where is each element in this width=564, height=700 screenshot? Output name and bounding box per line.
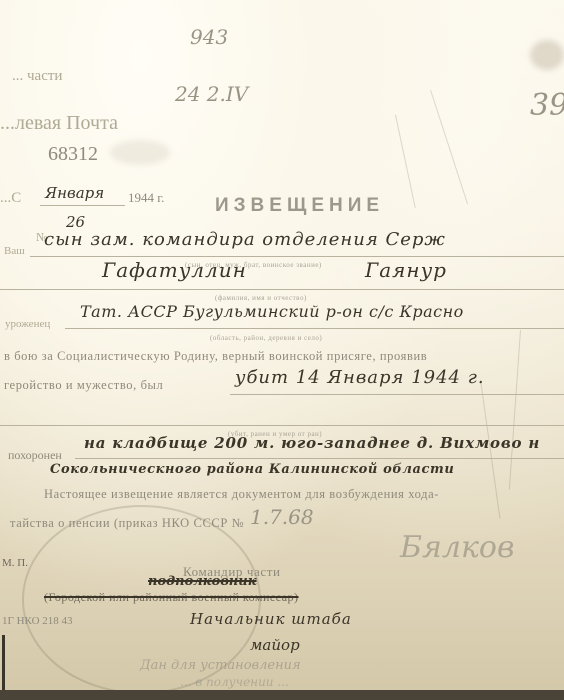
date-prefix: ...С bbox=[0, 190, 21, 207]
pencil-note-bottom-1: Дан для установления bbox=[140, 658, 301, 673]
buried-label: похоронен bbox=[8, 448, 62, 463]
surname: Гафатуллин bbox=[102, 258, 247, 282]
notice-line-1: Настоящее извещение является документом … bbox=[44, 487, 439, 502]
fate: убит 14 Января 1944 г. bbox=[235, 367, 485, 388]
name-rule bbox=[0, 289, 564, 290]
pencil-number-right: 39 bbox=[530, 88, 564, 123]
pencil-stroke bbox=[395, 115, 416, 208]
unit-line: ... части bbox=[12, 68, 62, 85]
commissar-struck: (Городской или районный военный комиссар… bbox=[44, 590, 299, 605]
burial-line-1: на кладбище 200 м. юго-западнее д. Вихмо… bbox=[84, 434, 540, 452]
burial-line-2: Сокольническного района Калининской обла… bbox=[50, 462, 454, 477]
pencil-marks-mid: 1.7.68 bbox=[250, 505, 314, 529]
field-post-label: ...левая Почта bbox=[0, 112, 118, 135]
pencil-signature: Бялков bbox=[400, 530, 514, 565]
field-post-number: 68312 bbox=[48, 143, 98, 166]
pencil-stroke bbox=[509, 330, 521, 490]
stain bbox=[110, 140, 170, 165]
stain bbox=[530, 40, 564, 70]
pencil-note-bottom-2: ... в получении ... bbox=[180, 675, 289, 689]
name-caption: (фамилия, имя и отчество) bbox=[215, 294, 307, 302]
body-line-1: в бою за Социалистическую Родину, верный… bbox=[4, 349, 427, 364]
pencil-stroke bbox=[430, 90, 468, 204]
first-name: Гаянур bbox=[365, 258, 447, 282]
date-year: 1944 г. bbox=[128, 190, 164, 206]
order-ref: 1Г НКО 218 43 bbox=[2, 615, 73, 627]
fate-rule bbox=[230, 394, 564, 395]
edge-mark bbox=[2, 635, 5, 690]
chief-of-staff: Начальник штаба bbox=[190, 610, 352, 628]
document-page: 943 24 2.IV 39 ... части ...левая Почта … bbox=[0, 0, 564, 700]
date-month: Января bbox=[45, 184, 104, 202]
chief-rank: майор bbox=[250, 636, 300, 654]
commander-struck: подполковник bbox=[148, 574, 257, 589]
blank-rule bbox=[0, 425, 564, 426]
scan-edge bbox=[0, 690, 564, 700]
origin: Тат. АССР Бугульминский р-он с/с Красно bbox=[80, 302, 464, 321]
burial-rule bbox=[75, 458, 564, 459]
addressee-label: Ваш bbox=[4, 245, 25, 257]
pencil-number-top: 943 bbox=[190, 25, 228, 49]
document-title: ИЗВЕЩЕНИЕ bbox=[215, 195, 384, 217]
body-line-2: геройство и мужество, был bbox=[4, 378, 163, 393]
native-label: уроженец bbox=[5, 318, 50, 330]
date-rule bbox=[40, 205, 125, 206]
origin-caption: (область, район, деревня и село) bbox=[210, 334, 322, 342]
origin-rule bbox=[65, 328, 564, 329]
rank-position: сын зам. командира отделения Серж bbox=[44, 229, 446, 250]
pencil-number-mid: 24 2.IV bbox=[175, 82, 248, 106]
mp-label: М. П. bbox=[2, 557, 28, 569]
addressee-rule bbox=[30, 256, 564, 257]
